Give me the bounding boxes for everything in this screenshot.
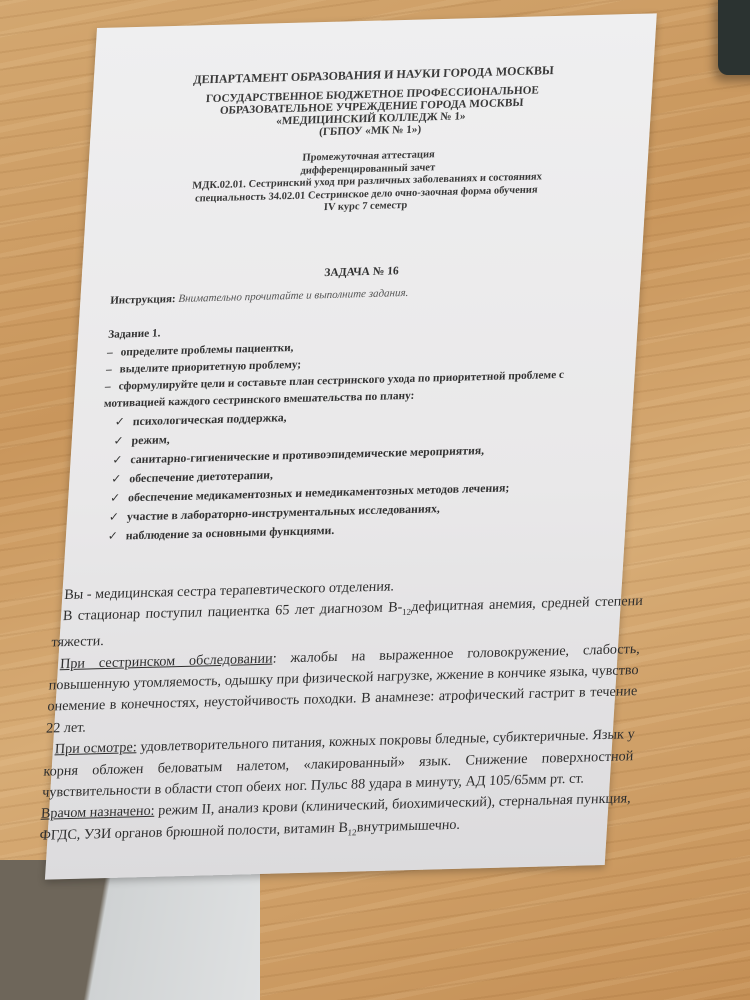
case-nursing-exam: При сестринском обследовании: жалобы на … bbox=[45, 639, 640, 740]
paper-content: ДЕПАРТАМЕНТ ОБРАЗОВАНИЯ И НАУКИ ГОРОДА М… bbox=[45, 13, 657, 879]
checkmark-icon: ✓ bbox=[114, 412, 125, 431]
assignment-block: Задание 1. определите проблемы пациентки… bbox=[95, 314, 638, 545]
instruction-label: Инструкция: bbox=[110, 293, 176, 307]
nursing-exam-label: При сестринском обследовании bbox=[60, 650, 274, 672]
vitamin-subscript: 12 bbox=[402, 607, 412, 617]
plan-checklist: ✓психологическая поддержка, ✓режим, ✓сан… bbox=[95, 399, 633, 546]
inspection-label: При осмотре: bbox=[54, 739, 137, 757]
plan-item-text: психологическая поддержка, bbox=[132, 410, 287, 428]
checkmark-icon: ✓ bbox=[108, 507, 119, 526]
white-coat-fabric bbox=[0, 860, 260, 1000]
exam-info: Промежуточная аттестация дифференцирован… bbox=[85, 144, 649, 221]
task-title: ЗАДАЧА № 16 bbox=[81, 258, 642, 285]
plan-item-text: обеспечение диетотерапии, bbox=[129, 467, 274, 485]
instruction: Инструкция: Внимательно прочитайте и вып… bbox=[110, 280, 641, 306]
dark-device-corner bbox=[718, 0, 750, 75]
checkmark-icon: ✓ bbox=[107, 526, 118, 545]
prescribed-text: внутримышечно. bbox=[356, 817, 460, 836]
checkmark-icon: ✓ bbox=[113, 431, 124, 450]
checkmark-icon: ✓ bbox=[112, 450, 123, 469]
prescribed-label: Врачом назначено: bbox=[40, 803, 155, 822]
institution-heading: ГОСУДАРСТВЕННОЕ БЮДЖЕТНОЕ ПРОФЕССИОНАЛЬН… bbox=[90, 81, 653, 144]
exam-paper-sheet: ДЕПАРТАМЕНТ ОБРАЗОВАНИЯ И НАУКИ ГОРОДА М… bbox=[45, 13, 657, 879]
plan-item-text: режим, bbox=[131, 432, 170, 447]
checkmark-icon: ✓ bbox=[111, 469, 122, 488]
inspection-text: удовлетворительного питания, кожных покр… bbox=[42, 726, 635, 800]
plan-item-text: наблюдение за основными функциями. bbox=[125, 522, 334, 541]
checkmark-icon: ✓ bbox=[110, 488, 121, 507]
clinical-case: Вы - медицинская сестра терапевтического… bbox=[39, 569, 645, 851]
instruction-text: Внимательно прочитайте и выполните задан… bbox=[178, 286, 409, 304]
